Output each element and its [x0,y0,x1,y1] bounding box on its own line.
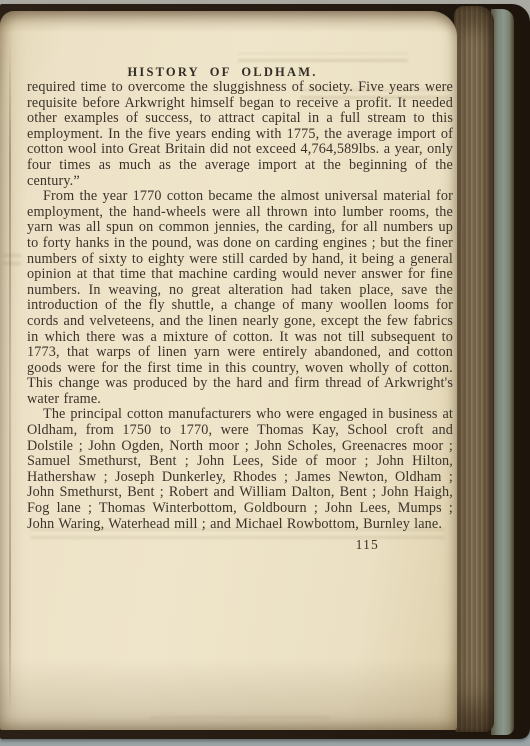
page-number: 115 [27,537,453,553]
page-content: HISTORY OF OLDHAM. required time to over… [27,11,453,553]
scanned-book-photo: HISTORY OF OLDHAM. required time to over… [0,0,530,746]
paragraph-arkwright-imports: required time to overcome the sluggishne… [27,80,453,189]
bleed-through-smudge [150,711,330,719]
bleed-through-smudge [3,253,21,265]
book-cover-inner-edge [491,9,514,735]
page-gutter-crease [9,37,11,716]
book-fore-edge-pages [454,6,494,732]
paragraph-manufacturers-list: The principal cotton manufacturers who w… [27,407,453,532]
book-page: HISTORY OF OLDHAM. required time to over… [0,11,457,730]
paragraph-cotton-1770: From the year 1770 cotton became the alm… [27,189,453,407]
running-header: HISTORY OF OLDHAM. [0,65,453,80]
